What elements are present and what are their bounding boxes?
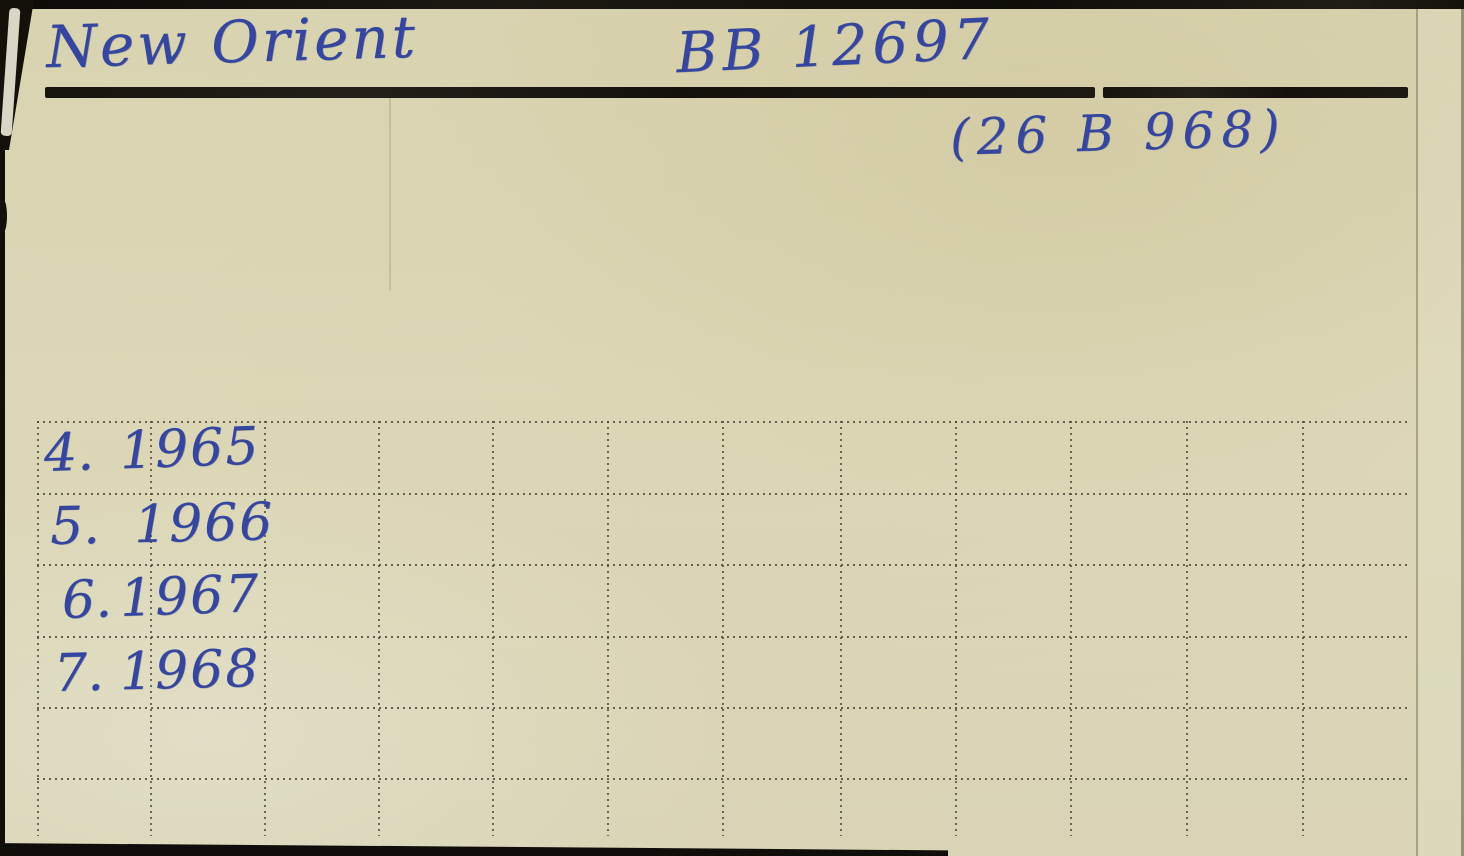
call-number: BB 12697: [675, 7, 996, 86]
grid-dotted-column: [955, 421, 957, 836]
grid-dotted-column: [1302, 421, 1304, 836]
scan-edge-bottom: [0, 842, 948, 856]
volume-label: 5.: [49, 496, 100, 557]
header-rule-right: [1103, 87, 1408, 98]
grid-dotted-column: [378, 421, 380, 836]
grid-dotted-column: [264, 421, 266, 836]
grid-dotted-column: [722, 421, 724, 836]
grid-dotted-column: [840, 421, 842, 836]
scan-edge-top: [0, 0, 1464, 9]
card-title: New Orient: [45, 3, 419, 81]
holdings-entry: 5. 1966: [49, 497, 50, 559]
header-rule-left: [45, 87, 1095, 98]
volume-year: 1967: [119, 564, 261, 629]
grid-dotted-column: [607, 421, 609, 836]
volume-year: 1965: [119, 416, 261, 481]
catalog-card-scan: New Orient BB 12697 (26 B 968) 4. 1965 5…: [0, 0, 1464, 856]
grid-dotted-column: [1186, 421, 1188, 836]
card-fold-line: [1416, 0, 1418, 856]
grid-dotted-column: [37, 421, 39, 836]
volume-label: 7.: [53, 643, 104, 704]
paper-crease: [389, 96, 391, 291]
volume-label: 4.: [43, 422, 95, 484]
grid-dotted-column: [492, 421, 494, 836]
volume-year: 1966: [133, 492, 275, 555]
volume-year: 1968: [119, 639, 261, 702]
scan-edge-notch: [0, 200, 7, 232]
holdings-entry: 7. 1968: [53, 644, 55, 706]
secondary-call-number: (26 B 968): [949, 99, 1287, 166]
grid-dotted-column: [1070, 421, 1072, 836]
holdings-entry: 4. 1965: [43, 424, 45, 486]
holdings-entry: 6. 1967: [61, 571, 63, 633]
volume-label: 6.: [61, 569, 113, 631]
grid-dotted-column: [150, 421, 152, 836]
card-edge-highlight: [1418, 0, 1464, 856]
